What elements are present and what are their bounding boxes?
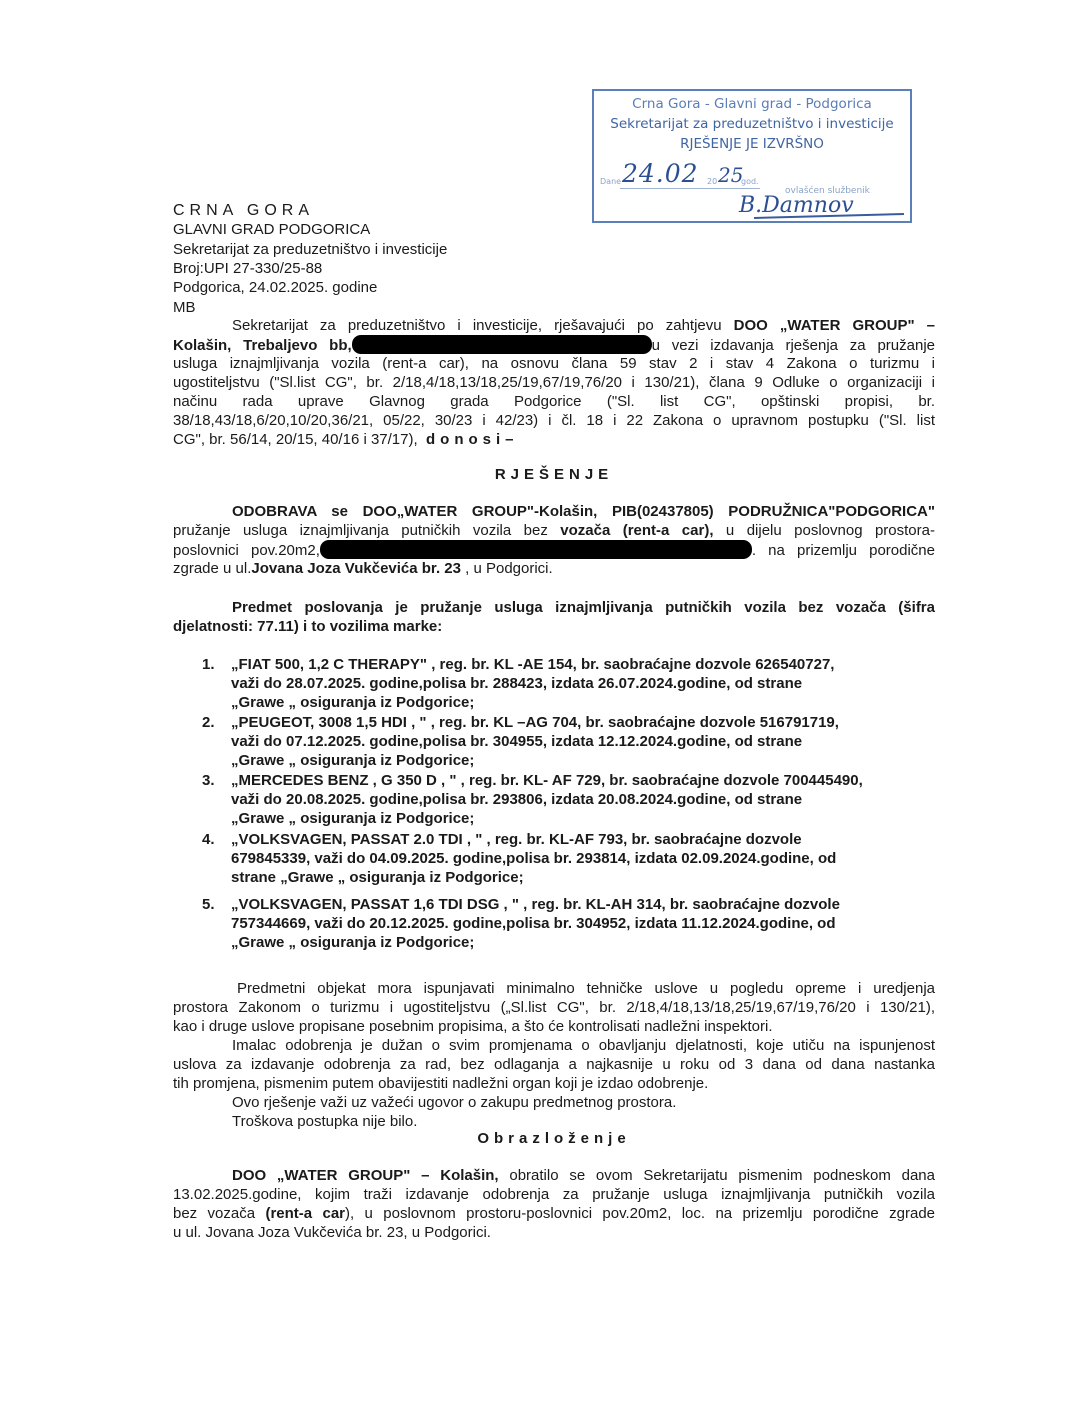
subject-line-1: Predmet poslovanja je pružanje usluga iz… xyxy=(232,598,935,617)
approval-line-3: poslovnici pov.20m2,. na prizemlju porod… xyxy=(173,540,935,560)
conditions-p2-line-3: tih promjena, pismenim putem obavijestit… xyxy=(173,1074,935,1093)
vehicle-item: „VOLKSVAGEN, PASSAT 2.0 TDI , " , reg. b… xyxy=(231,830,896,887)
decision-title: RJEŠENJE xyxy=(173,466,935,483)
intro-line-7: CG", br. 56/14, 20/15, 40/16 i 37/17), d… xyxy=(173,430,935,449)
intro-line-4: ugostiteljstvu ("Sl.list CG", br. 2/18,4… xyxy=(173,373,935,392)
enforceability-stamp: Crna Gora - Glavni grad - Podgorica Sekr… xyxy=(592,89,912,223)
conditions-p1-line-3: kao i druge uslove propisane posebnim pr… xyxy=(173,1017,935,1036)
conditions-p2-line-1: Imalac odobrenja je dužan o svim promjen… xyxy=(232,1036,935,1055)
intro-line-3: usluga iznajmljivanja vozila (rent-a car… xyxy=(173,354,935,373)
intro-line-2: Kolašin, Trebaljevo bb,u vezi izdavanja … xyxy=(173,335,935,355)
conditions-p1-line-2: prostora Zakonom o turizmu i ugostiteljs… xyxy=(173,998,935,1017)
redaction-box xyxy=(320,540,752,559)
conditions-p1-line-1: Predmetni objekat mora ispunjavati minim… xyxy=(237,979,935,998)
explanation-line-2: 13.02.2025.godine, kojim traži izdavanje… xyxy=(173,1185,935,1204)
intro-line-6: 38/18,43/18,6/20,10/20,36/21, 05/22, 30/… xyxy=(173,411,935,430)
header-number: Broj:UPI 27-330/25-88 xyxy=(173,259,322,278)
conditions-p3: Ovo rješenje važi uz važeći ugovor o zak… xyxy=(232,1093,676,1112)
header-office: Sekretarijat za preduzetništvo i investi… xyxy=(173,240,447,259)
intro-line-1: Sekretarijat za preduzetništvo i investi… xyxy=(232,316,935,335)
header-city: GLAVNI GRAD PODGORICA xyxy=(173,220,370,239)
stamp-year-suffix: god. xyxy=(741,177,759,186)
header-initials: MB xyxy=(173,298,196,317)
approval-line-4: zgrade u ul.Jovana Joza Vukčevića br. 23… xyxy=(173,559,935,578)
stamp-line-2: Sekretarijat za preduzetništvo i investi… xyxy=(594,116,910,132)
explanation-title: Obrazloženje xyxy=(173,1130,935,1147)
document-page: Crna Gora - Glavni grad - Podgorica Sekr… xyxy=(0,0,1088,1408)
approval-line-2: pružanje usluga iznajmljivanja putničkih… xyxy=(173,521,935,540)
vehicle-number: 4. xyxy=(202,830,215,849)
header-date: Podgorica, 24.02.2025. godine xyxy=(173,278,377,297)
stamp-year-value: 25 xyxy=(718,163,743,187)
stamp-line-1: Crna Gora - Glavni grad - Podgorica xyxy=(594,96,910,112)
intro-line-5: načinu rada uprave Glavnog grada Podgori… xyxy=(173,392,935,411)
vehicle-number: 5. xyxy=(202,895,215,914)
explanation-line-3: bez vozača (rent-a car), u poslovnom pro… xyxy=(173,1204,935,1223)
vehicle-number: 1. xyxy=(202,655,215,674)
header-country: CRNA GORA xyxy=(173,201,314,220)
stamp-date-label: Dane xyxy=(600,177,621,186)
vehicle-number: 3. xyxy=(202,771,215,790)
stamp-date-value: 24.02 xyxy=(622,159,699,188)
explanation-line-1: DOO „WATER GROUP" – Kolašin, obratilo se… xyxy=(232,1166,935,1185)
stamp-line-3: RJEŠENJE JE IZVRŠNO xyxy=(594,136,910,152)
subject-line-2: djelatnosti: 77.11) i to vozilima marke: xyxy=(173,617,935,636)
stamp-date-underline xyxy=(620,188,760,189)
vehicle-item: „PEUGEOT, 3008 1,5 HDI , " , reg. br. KL… xyxy=(231,713,896,770)
explanation-line-4: u ul. Jovana Joza Vukčevića br. 23, u Po… xyxy=(173,1223,935,1242)
vehicle-item: „FIAT 500, 1,2 C THERAPY" , reg. br. KL … xyxy=(231,655,896,712)
vehicle-number: 2. xyxy=(202,713,215,732)
conditions-p4: Troškova postupka nije bilo. xyxy=(232,1112,417,1131)
vehicle-item: „MERCEDES BENZ , G 350 D , " , reg. br. … xyxy=(231,771,896,828)
conditions-p2-line-2: uslova za izdavanje odobrenja za rad, be… xyxy=(173,1055,935,1074)
vehicle-item: „VOLKSVAGEN, PASSAT 1,6 TDI DSG , " , re… xyxy=(231,895,896,952)
approval-line-1: ODOBRAVA se DOO„WATER GROUP"-Kolašin, PI… xyxy=(232,502,935,521)
stamp-year-prefix: 20 xyxy=(707,177,717,186)
redaction-box xyxy=(352,335,652,354)
